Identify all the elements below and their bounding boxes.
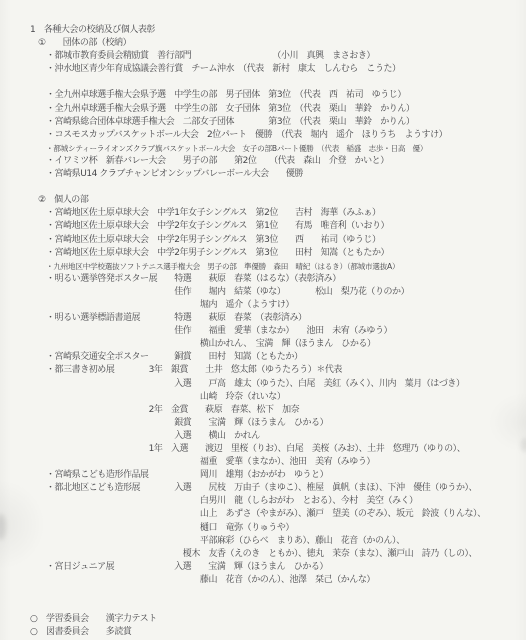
award-line: ・宮崎地区佐土原卓球大会 中学2年男子シングルス 第3位 田村 知嵩（ともたか）	[46, 247, 524, 260]
award-line: 山崎 玲奈（れいな）	[46, 391, 524, 404]
blank-line	[46, 76, 524, 89]
award-line: 堀内 遥介（ようすけ）	[46, 299, 524, 312]
award-line: ・都城市教育委員会精励賞 善行部門 （小川 真興 まさおき）	[46, 50, 524, 63]
award-line: ・宮崎県こども造形作品展 岡川 雄翔（おかがわ ゆうと）	[46, 469, 524, 482]
award-line: ・沖水地区青少年育成協議会善行賞 チーム沖水 （代表 新村 康太 しんむら こう…	[46, 63, 524, 76]
award-line: 山上 あずさ（やまがみ）、瀬戸 望美（のぞみ）、坂元 鈴波（りんな）、	[46, 508, 524, 521]
award-line: ・都三書き初め展 3年 銀賞 土井 悠太郎（ゆうたろう）＊代表	[46, 364, 524, 377]
award-line: ・宮崎地区佐土原卓球大会 中学1年女子シングルス 第2位 吉村 海華（みふぁ）	[46, 207, 524, 220]
award-line: ・宮崎県総合団体卓球選手権大会 二部女子団体 第3位 （代表 栗山 華鈴 かりん…	[46, 116, 524, 129]
document-body: 1 各種大会の校納及び個人表彰① 団体の部（校納）・都城市教育委員会精励賞 善行…	[46, 24, 524, 639]
award-line: ・都城シティーライオンズクラブ旗バスケットボール大会 女子の部Bパート優勝 （代…	[46, 142, 524, 155]
award-line: ・宮崎地区佐土原卓球大会 中学2年男子シングルス 第3位 西 祐司（ゆうじ）	[46, 234, 524, 247]
blank-line	[46, 587, 524, 600]
award-line: 2年 金賞 萩原 春菜、松下 加奈	[46, 404, 524, 417]
award-line: ・宮崎県交通安全ポスター 銅賞 田村 知嵩（ともたか）	[46, 351, 524, 364]
award-line: 藤山 花音（かのん）、池澤 栞己（かんな）	[46, 574, 524, 587]
award-line: ・九州地区中学校選抜ソフトテニス選手権大会 男子の部 準優勝 森田 晴紀（はるき…	[46, 260, 524, 273]
document-title: 1 各種大会の校納及び個人表彰	[30, 24, 524, 37]
award-line: 福重 愛華（まなか）、池田 美宥（みゆう）	[46, 456, 524, 469]
award-line: 平部麻彩（ひらべ まりあ）、藤山 花音（かのん）、	[46, 535, 524, 548]
award-line: 白男川 龍（しらおがわ とおる）、今村 美空（みく）	[46, 495, 524, 508]
section-2-heading: ② 個人の部	[38, 194, 524, 207]
award-line: ・都北地区こども造形展 入選 尻枝 万由子（まゆこ）、椎屋 眞帆（まほ）、下沖 …	[46, 482, 524, 495]
committee-line: ○ 図書委員会 多読賞	[30, 626, 524, 639]
committee-line: ○ 学習委員会 漢字力テスト	[30, 613, 524, 626]
award-line: ・イワミツ杯 新春バレー大会 男子の部 第2位 （代表 森山 介登 かいと）	[46, 155, 524, 168]
award-line: 樋口 竜弥（りゅうや）	[46, 522, 524, 535]
award-line: 榎木 友香（えのき ともか）、徳丸 茉奈（まな）、瀬戸山 詩乃（しの）、	[46, 548, 524, 561]
award-line: 1年 入選 渡辺 里桜（りお）、白尾 美桜（みお）、土井 悠理乃（ゆりの）、	[46, 443, 524, 456]
award-line: ・コスモスカップバスケットボール大会 2位パート 優勝 （代表 堀内 遥介 ほり…	[46, 129, 524, 142]
scanned-document-page: 1 各種大会の校納及び個人表彰① 団体の部（校納）・都城市教育委員会精励賞 善行…	[0, 0, 526, 640]
award-line: ・明るい選挙標語書道展 特選 萩原 春菜 （表彰済み）	[46, 312, 524, 325]
blank-line	[46, 181, 524, 194]
award-line: 佳作 堀内 結菜（ゆな） 松山 梨乃花（りのか）	[46, 286, 524, 299]
award-line: 銀賞 宝満 輝（ほうまん ひかる）	[46, 417, 524, 430]
award-line: 横山かれん、 宝満 輝（ほうまん ひかる）	[46, 338, 524, 351]
award-line: 入選 横山 かれん	[46, 430, 524, 443]
section-1-heading: ① 団体の部（校納）	[38, 37, 524, 50]
award-line: ・全九州卓球選手権大会県予選 中学生の部 男子団体 第3位 （代表 西 祐司 ゆ…	[46, 89, 524, 102]
award-line: ・宮日ジュニア展 入選 宝満 輝（ほうまん ひかる）	[46, 561, 524, 574]
scan-artifact	[0, 514, 6, 540]
award-line: ・明るい選挙啓発ポスター展 特選 萩原 春菜（はるな）（表彰済み）	[46, 273, 524, 286]
award-line: 佳作 福重 愛華（まなか） 池田 未宥（みゆう）	[46, 325, 524, 338]
award-line: ・全九州卓球選手権大会県予選 中学生の部 女子団体 第3位 （代表 栗山 華鈴 …	[46, 103, 524, 116]
award-line: 入選 戸高 雄太（ゆうた）、白尾 美紅（みく）、川内 葉月（はづき）	[46, 378, 524, 391]
blank-line	[46, 600, 524, 613]
award-line: ・宮崎地区佐土原卓球大会 中学2年女子シングルス 第1位 有馬 唯音利（いおり）	[46, 220, 524, 233]
award-line: ・宮崎県U14 クラブチャンピオンシップバレーボール大会 優勝	[46, 168, 524, 181]
